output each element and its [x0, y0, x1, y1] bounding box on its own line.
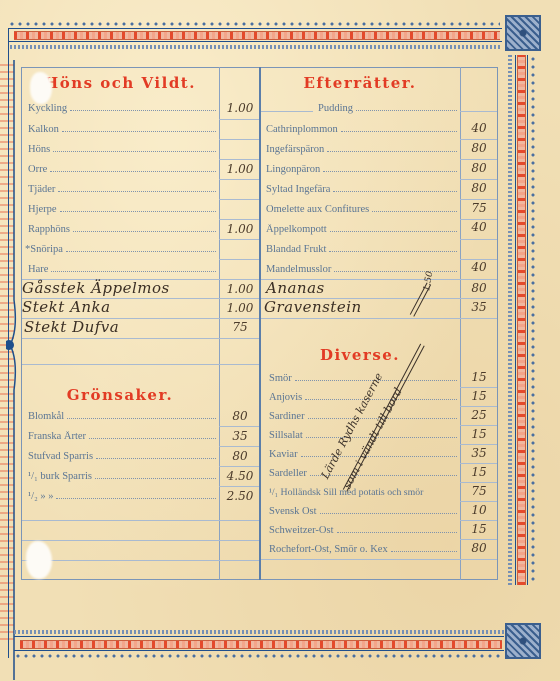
paper-hole — [30, 72, 52, 104]
price-value: 15 — [461, 370, 497, 384]
price-value: 75 — [221, 320, 259, 334]
list-item: Tjäder — [28, 184, 216, 195]
price-value: 15 — [461, 389, 497, 403]
price-value: 40 — [461, 121, 497, 135]
right-border-dots — [530, 55, 536, 585]
bottom-border-red-band — [20, 640, 502, 649]
list-item: Äppelkompott — [266, 224, 457, 235]
price-value: 35 — [461, 446, 497, 460]
handwritten-item: Ananas — [266, 279, 325, 297]
price-value: 4.50 — [221, 469, 259, 483]
list-item: Blandad Frukt — [266, 244, 457, 255]
handwritten-item: Stekt Anka — [22, 298, 111, 316]
bottom-border-line — [14, 636, 504, 637]
price-value: 40 — [461, 260, 497, 274]
top-border-red-band — [14, 31, 500, 40]
list-item: Syltad Ingefära — [266, 184, 457, 195]
price-value: 80 — [221, 409, 259, 423]
list-item: Orre — [28, 164, 216, 175]
price-value: 75 — [461, 201, 497, 215]
list-item: Omelette aux Confitures — [266, 204, 457, 215]
price-value: 1.00 — [221, 162, 259, 176]
list-item: Hare — [28, 264, 216, 275]
left-price-column-divider — [219, 67, 220, 580]
list-item: Höns — [28, 144, 216, 155]
paper-hole — [26, 541, 52, 579]
handwritten-item: Stekt Dufva — [24, 318, 119, 336]
price-value: 80 — [461, 161, 497, 175]
list-item: Hjerpe — [28, 204, 216, 215]
price-value: 40 — [461, 220, 497, 234]
list-item: Blomkål — [28, 411, 216, 422]
top-border-dots — [8, 21, 500, 27]
price-value: 75 — [461, 484, 497, 498]
right-border-chain — [508, 55, 512, 585]
price-value: 80 — [221, 449, 259, 463]
price-value: 10 — [461, 503, 497, 517]
handwritten-item: Gåsstek Äppelmos — [22, 279, 170, 297]
center-column-divider — [259, 67, 261, 580]
list-item: Ingefärspäron — [266, 144, 457, 155]
price-value: 1.00 — [221, 282, 259, 296]
section-title-vegetables: Grönsaker. — [22, 386, 218, 404]
right-border-line-2 — [527, 55, 528, 585]
price-value: 15 — [461, 465, 497, 479]
list-item: Svensk Ost — [269, 506, 457, 517]
price-value: 80 — [461, 541, 497, 555]
list-item: Rapphöns — [28, 224, 216, 235]
price-value: 1.00 — [221, 101, 259, 115]
left-border-line — [8, 28, 9, 658]
price-value: 80 — [461, 141, 497, 155]
top-border-chain — [10, 45, 500, 49]
list-item: Kyckling — [28, 103, 216, 114]
price-value: 15 — [461, 427, 497, 441]
right-border-line — [515, 55, 516, 585]
top-border-line-2 — [8, 41, 502, 42]
price-value: 1.00 — [221, 222, 259, 236]
price-value: 80 — [461, 181, 497, 195]
list-item: ¹/₁ Holländsk Sill med potatis och smör — [269, 487, 459, 498]
right-border-red-band — [517, 55, 526, 585]
top-right-corner-ornament — [505, 15, 541, 51]
list-item: ¹/₁ burk Sparris — [28, 471, 216, 482]
bottom-right-corner-ornament — [505, 623, 541, 659]
list-item: Rochefort-Ost, Smör o. Kex — [269, 544, 457, 555]
list-item: Schweitzer-Ost — [269, 525, 457, 536]
list-item: ¹/₂ » » — [28, 491, 216, 502]
bottom-border-chain — [14, 630, 504, 634]
list-item: Pudding — [318, 103, 457, 114]
price-value: 35 — [221, 429, 259, 443]
top-border-line — [8, 28, 502, 29]
price-value: 80 — [461, 281, 497, 295]
bottom-border-line-2 — [14, 650, 504, 651]
price-value: 1.00 — [221, 301, 259, 315]
section-title-desserts: Efterrätter. — [262, 74, 458, 92]
list-item: Lingonpäron — [266, 164, 457, 175]
bottom-border-dots — [14, 653, 504, 659]
price-value: 15 — [461, 522, 497, 536]
handwritten-item: Gravenstein — [264, 298, 362, 316]
price-value: 25 — [461, 408, 497, 422]
list-item: Stufvad Sparris — [28, 451, 216, 462]
section-title-misc: Diverse. — [262, 346, 458, 364]
list-item: *Snöripa — [25, 244, 216, 255]
list-item: Kalkon — [28, 124, 216, 135]
list-item: Sillsalat — [269, 430, 457, 441]
list-item: Cathrinplommon — [266, 124, 457, 135]
price-value: 2.50 — [221, 489, 259, 503]
list-item: Smör — [269, 373, 457, 384]
list-item: Franska Ärter — [28, 431, 216, 442]
price-value: 35 — [461, 300, 497, 314]
